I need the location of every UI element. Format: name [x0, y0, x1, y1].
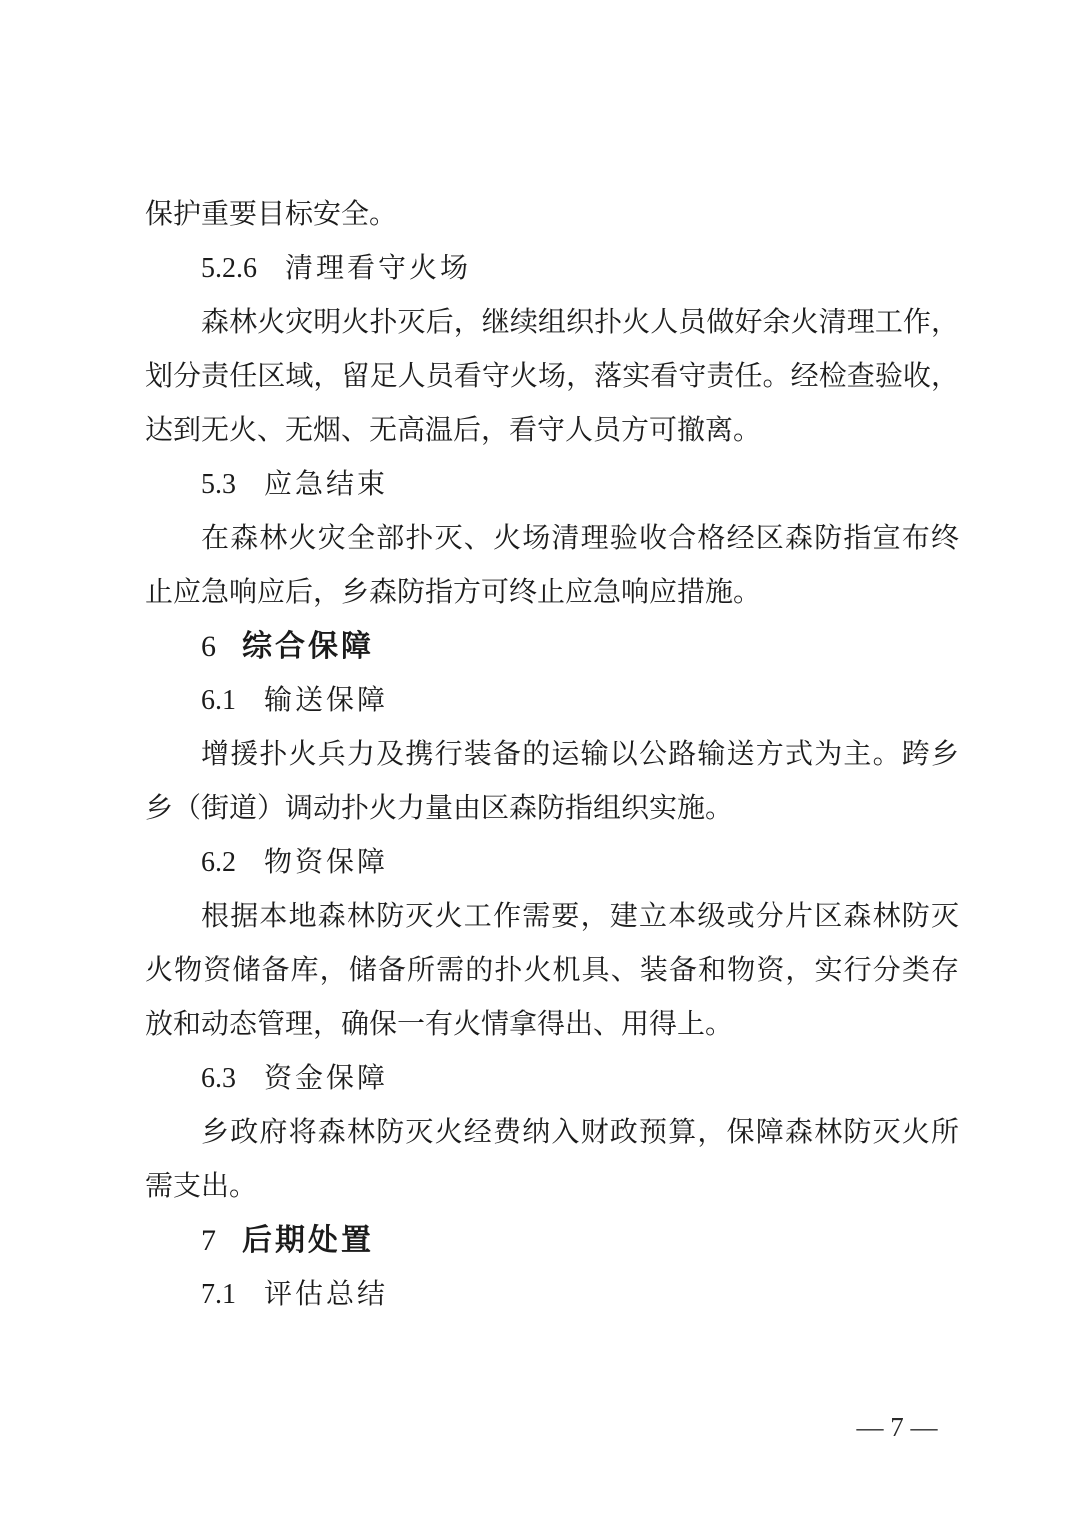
- body-text-line: 需支出。: [145, 1160, 959, 1214]
- body-text-line: 乡（街道）调动扑火力量由区森防指组织实施。: [145, 782, 959, 836]
- section-heading-6-1: 6.1输送保障: [145, 674, 959, 728]
- body-text-line: 达到无火、无烟、无高温后，看守人员方可撤离。: [145, 404, 959, 458]
- section-heading-7-1: 7.1评估总结: [145, 1268, 959, 1322]
- section-number: 6.2: [201, 847, 236, 878]
- body-text-line: 划分责任区域，留足人员看守火场，落实看守责任。经检查验收，: [145, 350, 959, 404]
- section-title: 清理看守火场: [285, 253, 471, 284]
- section-number: 6.1: [201, 685, 236, 716]
- section-title: 输送保障: [264, 685, 388, 716]
- body-text-line: 增援扑火兵力及携行装备的运输以公路输送方式为主。跨乡: [145, 728, 959, 782]
- body-text-line: 根据本地森林防灭火工作需要，建立本级或分片区森林防灭: [145, 890, 959, 944]
- section-number: 5.3: [201, 469, 236, 500]
- section-heading-5-2-6: 5.2.6清理看守火场: [145, 242, 959, 296]
- section-title: 资金保障: [264, 1063, 388, 1094]
- page: 保护重要目标安全。5.2.6清理看守火场森林火灾明火扑灭后，继续组织扑火人员做好…: [0, 0, 1074, 1520]
- text-column: 保护重要目标安全。5.2.6清理看守火场森林火灾明火扑灭后，继续组织扑火人员做好…: [145, 188, 959, 1322]
- body-text-line: 在森林火灾全部扑灭、火场清理验收合格经区森防指宣布终: [145, 512, 959, 566]
- body-text-line: 放和动态管理，确保一有火情拿得出、用得上。: [145, 998, 959, 1052]
- section-title: 评估总结: [264, 1279, 388, 1310]
- section-number: 6.3: [201, 1063, 236, 1094]
- section-title: 后期处置: [242, 1224, 374, 1257]
- section-heading-5-3: 5.3应急结束: [145, 458, 959, 512]
- body-text-line: 止应急响应后，乡森防指方可终止应急响应措施。: [145, 566, 959, 620]
- body-text-line: 森林火灾明火扑灭后，继续组织扑火人员做好余火清理工作，: [145, 296, 959, 350]
- body-text-line: 乡政府将森林防灭火经费纳入财政预算，保障森林防灭火所: [145, 1106, 959, 1160]
- section-heading-6: 6综合保障: [145, 620, 959, 674]
- section-number: 6: [201, 630, 216, 663]
- document-page: { "page": { "background": "#ffffff", "te…: [0, 0, 1074, 1520]
- section-number: 7.1: [201, 1279, 236, 1310]
- section-heading-6-2: 6.2物资保障: [145, 836, 959, 890]
- body-text-line: 保护重要目标安全。: [145, 188, 959, 242]
- page-number: — 7 —: [822, 1408, 972, 1446]
- section-title: 物资保障: [264, 847, 388, 878]
- section-number: 7: [201, 1224, 216, 1257]
- section-heading-7: 7后期处置: [145, 1214, 959, 1268]
- section-number: 5.2.6: [201, 253, 257, 284]
- body-text-line: 火物资储备库，储备所需的扑火机具、装备和物资，实行分类存: [145, 944, 959, 998]
- section-title: 综合保障: [242, 630, 374, 663]
- section-title: 应急结束: [264, 469, 388, 500]
- section-heading-6-3: 6.3资金保障: [145, 1052, 959, 1106]
